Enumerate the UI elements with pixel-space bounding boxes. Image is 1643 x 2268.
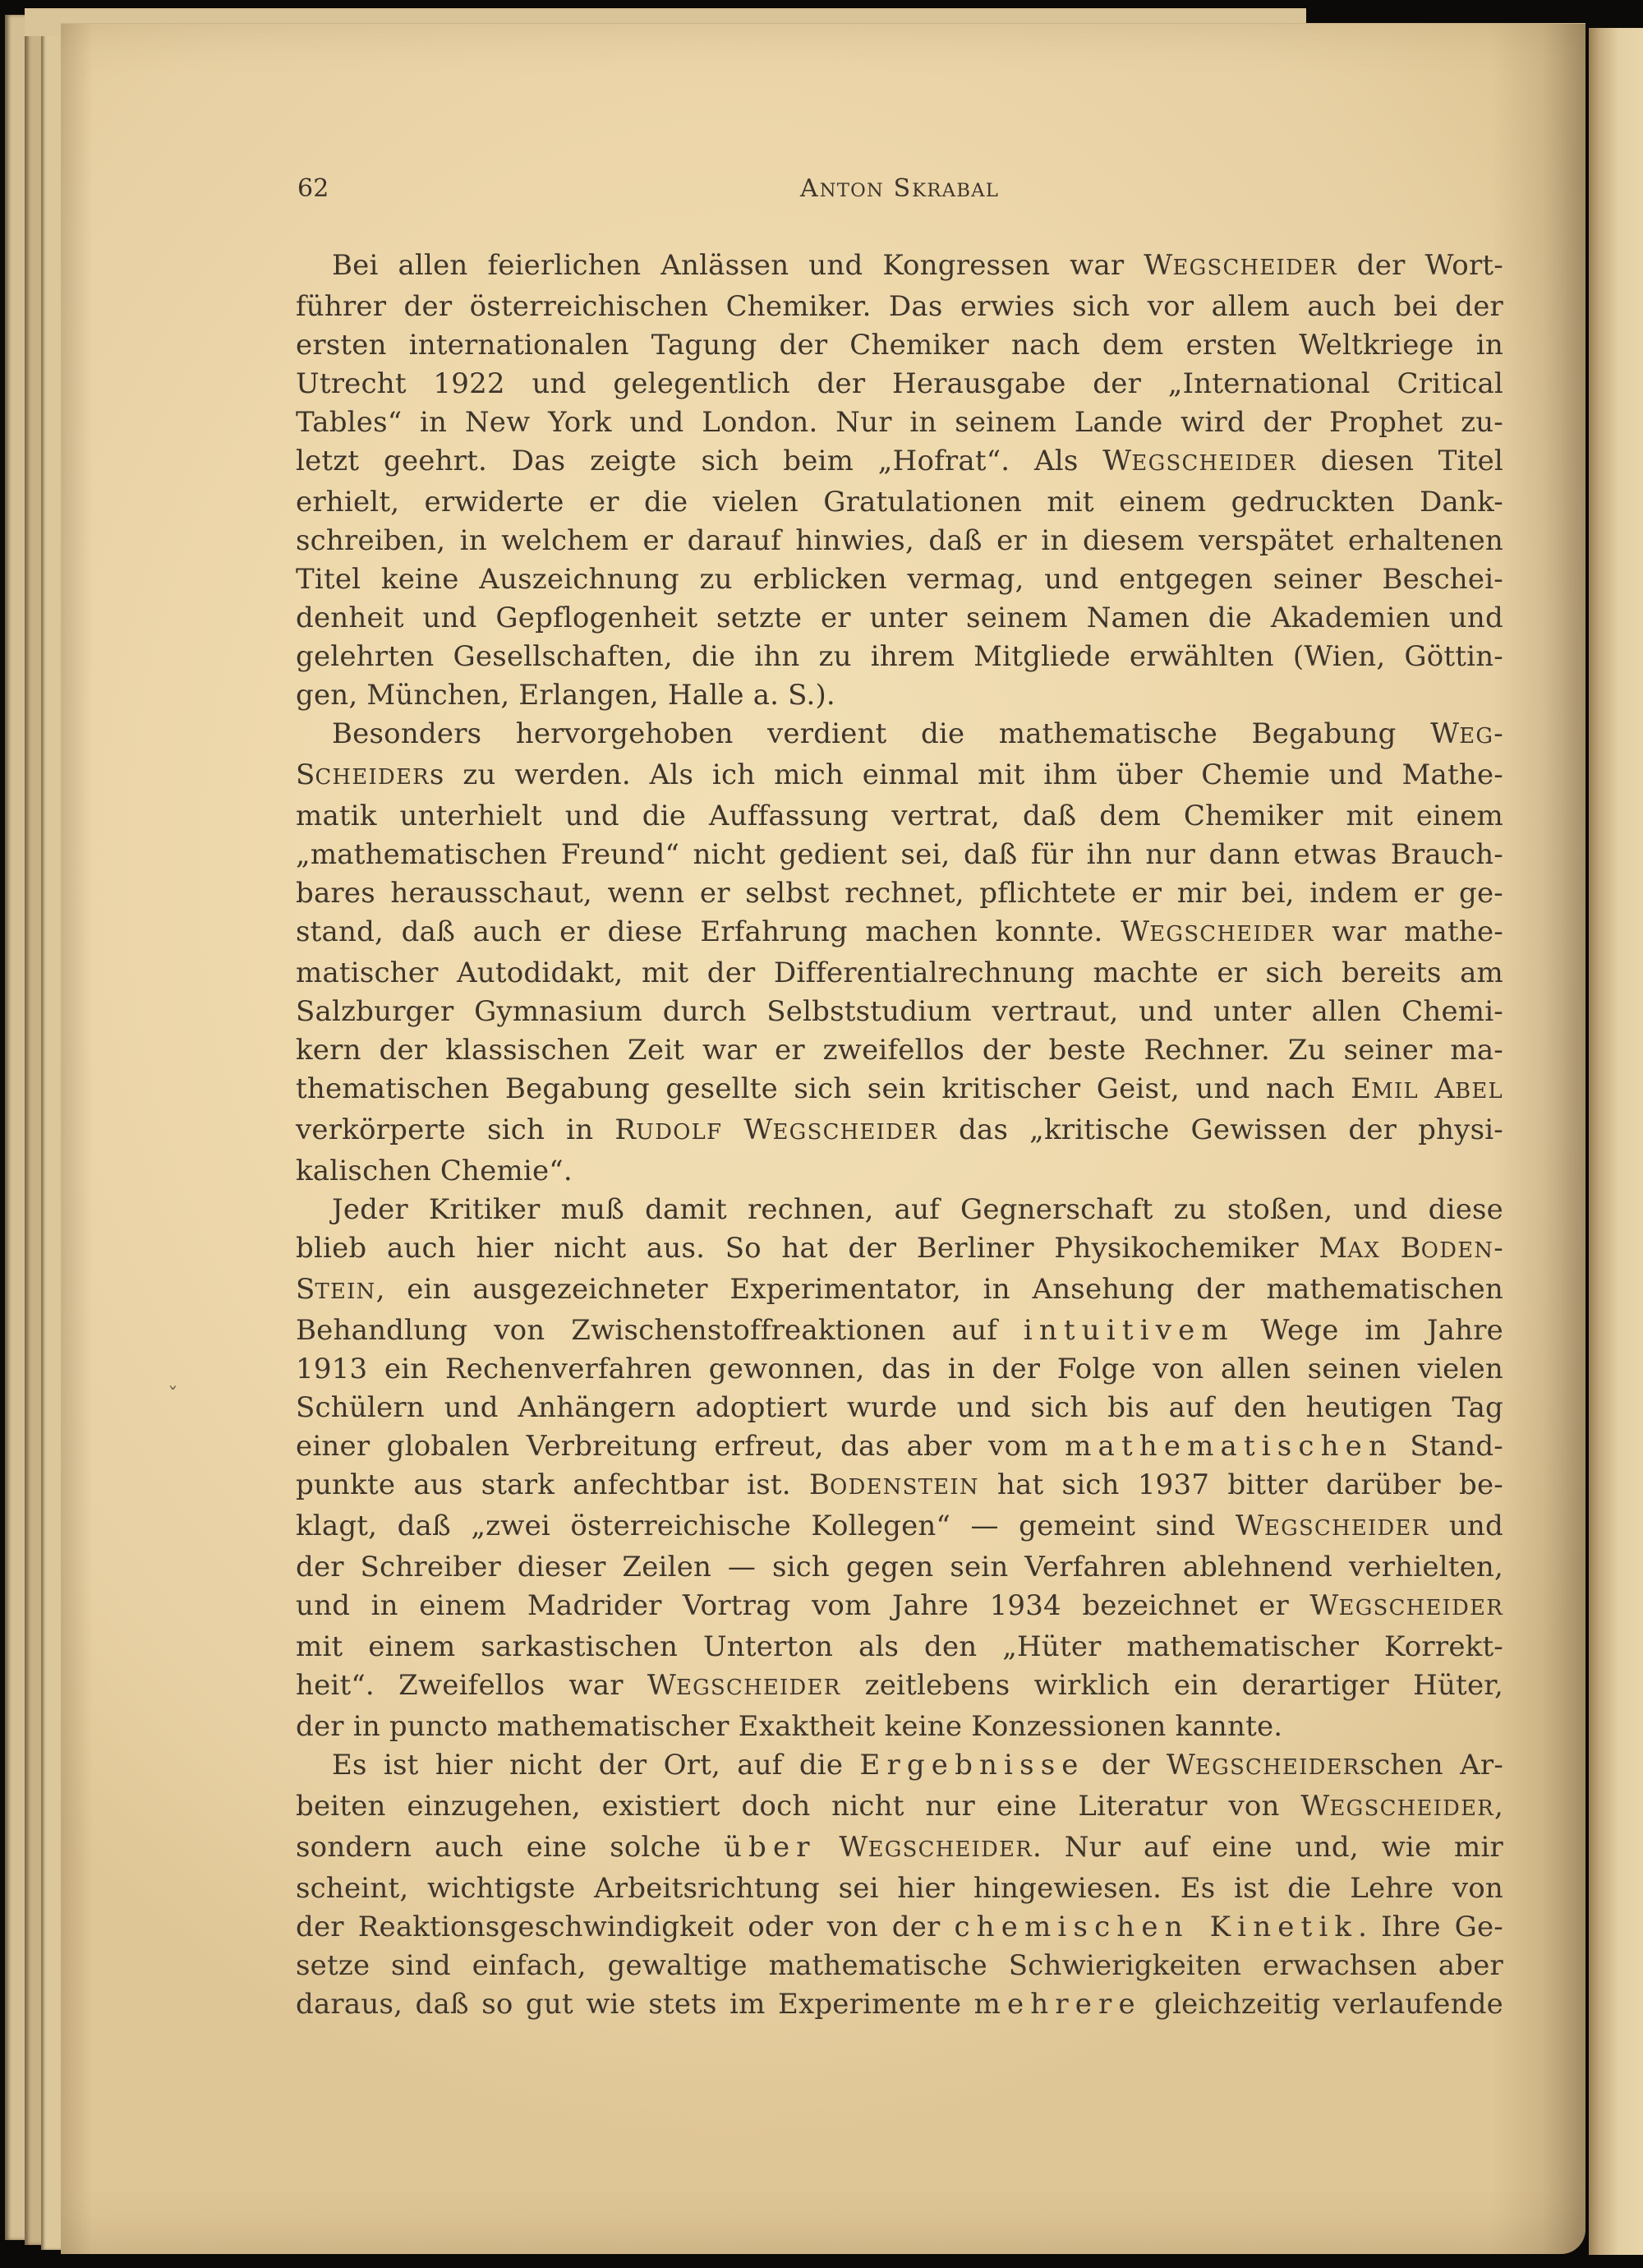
text-line: der Schreiber dieser Zeilen — sich gegen… [296, 1548, 1503, 1587]
text-line: STEIN, ein ausgezeichneter Experimentato… [296, 1270, 1503, 1311]
text-line: Salzburger Gymnasium durch Selbststudium… [296, 993, 1503, 1031]
text-line: gelehrten Gesellschaften, die ihn zu ihr… [296, 638, 1503, 676]
facing-page-edge [1589, 28, 1643, 2255]
text-line: Utrecht 1922 und gelegentlich der Heraus… [296, 365, 1503, 403]
text-line: Tables“ in New York und London. Nur in s… [296, 403, 1503, 442]
text-line: SCHEIDERs zu werden. Als ich mich einmal… [296, 756, 1503, 797]
text-line: mit einem sarkastischen Unterton als den… [296, 1628, 1503, 1666]
paragraph: Bei allen feierlichen Anlässen und Kongr… [296, 247, 1503, 715]
text-line: Titel keine Auszeichnung zu erblicken ve… [296, 560, 1503, 599]
text-line: scheint, wichtigste Arbeitsrichtung sei … [296, 1869, 1503, 1908]
text-line: Besonders hervorgehoben verdient die mat… [296, 715, 1503, 756]
text-line: der in puncto mathematischer Exaktheit k… [296, 1708, 1503, 1746]
text-line: der Reaktionsgeschwindigkeit oder von de… [296, 1908, 1503, 1947]
text-line: „mathematischen Freund“ nicht gedient se… [296, 836, 1503, 874]
paragraph: Besonders hervorgehoben verdient die mat… [296, 715, 1503, 1191]
text-line: kalischen Chemie“. [296, 1152, 1503, 1191]
text-line: denheit und Gepflogenheit setzte er unte… [296, 599, 1503, 638]
margin-mark: ˇ [168, 1384, 178, 1408]
text-line: punkte aus stark anfechtbar ist. BODENST… [296, 1466, 1503, 1507]
body-text: Bei allen feierlichen Anlässen und Kongr… [296, 247, 1503, 2024]
text-line: matischer Autodidakt, mit der Differenti… [296, 954, 1503, 993]
page-edge-stack-outer [5, 15, 25, 2240]
text-line: Es ist hier nicht der Ort, auf die Ergeb… [296, 1746, 1503, 1787]
book-scan-photo: 62 ANTON SKRABAL Bei allen feierlichen A… [0, 0, 1643, 2268]
text-line: thematischen Begabung gesellte sich sein… [296, 1070, 1503, 1111]
text-line: Behandlung von Zwischenstoffreaktionen a… [296, 1311, 1503, 1350]
text-line: verkörperte sich in RUDOLF WEGSCHEIDER d… [296, 1111, 1503, 1152]
text-line: beiten einzugehen, existiert doch nicht … [296, 1787, 1503, 1828]
text-line: Schülern und Anhängern adoptiert wurde u… [296, 1389, 1503, 1427]
paragraph: Jeder Kritiker muß damit rechnen, auf Ge… [296, 1191, 1503, 1746]
paragraph: Es ist hier nicht der Ort, auf die Ergeb… [296, 1746, 1503, 2024]
text-line: bares herausschaut, wenn er selbst rechn… [296, 874, 1503, 913]
text-line: daraus, daß so gut wie stets im Experime… [296, 1985, 1503, 2024]
text-line: Jeder Kritiker muß damit rechnen, auf Ge… [296, 1191, 1503, 1229]
text-line: ersten internationalen Tagung der Chemik… [296, 326, 1503, 365]
page-number: 62 [297, 169, 329, 208]
text-line: klagt, daß „zwei österreichische Kollege… [296, 1507, 1503, 1548]
running-title: ANTON SKRABAL [296, 169, 1503, 210]
book-page: 62 ANTON SKRABAL Bei allen feierlichen A… [61, 23, 1585, 2254]
page-edge-stack-inner [41, 18, 61, 2250]
text-line: letzt geehrt. Das zeigte sich beim „Hofr… [296, 442, 1503, 483]
text-line: 1913 ein Rechenverfahren gewonnen, das i… [296, 1350, 1503, 1389]
running-header: 62 ANTON SKRABAL [296, 169, 1503, 204]
text-line: heit“. Zweifellos war WEGSCHEIDER zeitle… [296, 1666, 1503, 1708]
text-line: und in einem Madrider Vortrag vom Jahre … [296, 1587, 1503, 1628]
page-content: 62 ANTON SKRABAL Bei allen feierlichen A… [296, 169, 1503, 2024]
page-edge-stack-middle [25, 10, 41, 2245]
text-line: führer der österreichischen Chemiker. Da… [296, 288, 1503, 326]
text-line: einer globalen Verbreitung erfreut, das … [296, 1427, 1503, 1466]
text-line: matik unterhielt und die Auffassung vert… [296, 797, 1503, 836]
text-line: erhielt, erwiderte er die vielen Gratula… [296, 483, 1503, 522]
text-line: gen, München, Erlangen, Halle a. S.). [296, 676, 1503, 715]
text-line: Bei allen feierlichen Anlässen und Kongr… [296, 247, 1503, 288]
text-line: kern der klassischen Zeit war er zweifel… [296, 1031, 1503, 1070]
text-line: schreiben, in welchem er darauf hinwies,… [296, 522, 1503, 560]
text-line: setze sind einfach, gewaltige mathematis… [296, 1947, 1503, 1985]
text-line: stand, daß auch er diese Erfahrung mache… [296, 913, 1503, 954]
text-line: sondern auch eine solche über WEGSCHEIDE… [296, 1828, 1503, 1869]
text-line: blieb auch hier nicht aus. So hat der Be… [296, 1229, 1503, 1270]
